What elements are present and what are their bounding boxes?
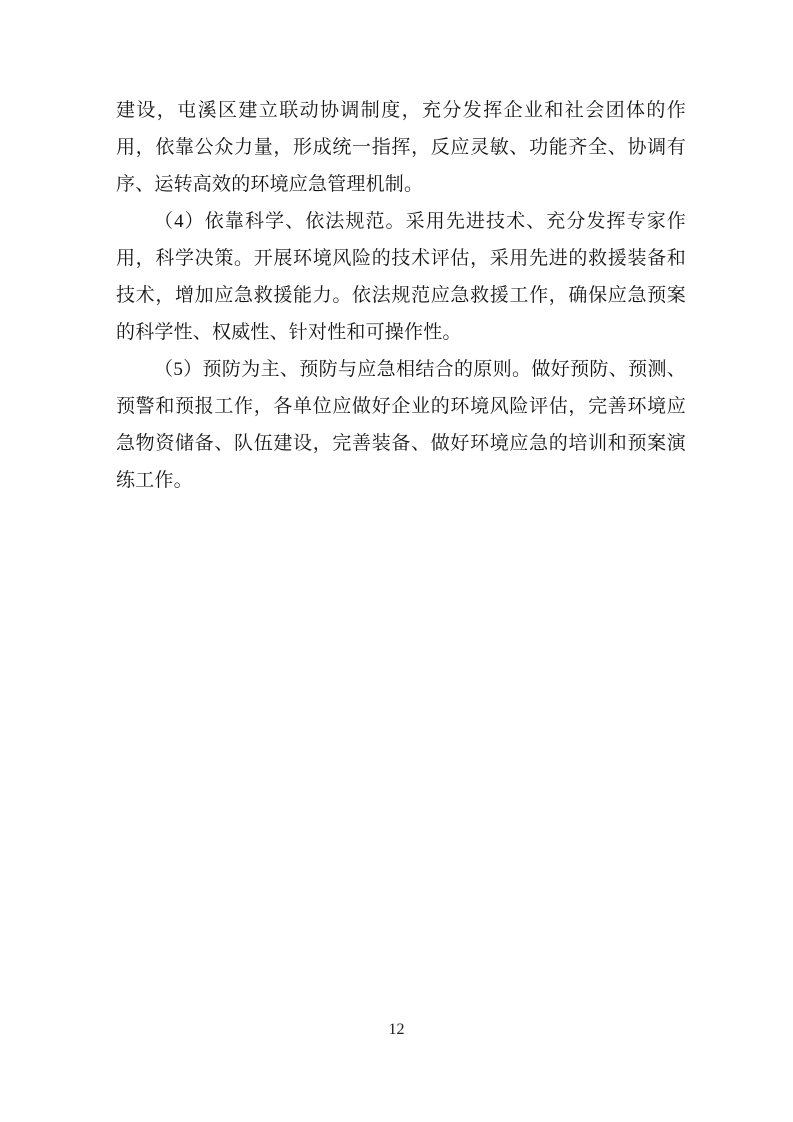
paragraph-item-4: （4）依靠科学、依法规范。采用先进技术、充分发挥专家作用，科学决策。开展环境风险… [116,203,686,351]
text-block: 建设，屯溪区建立联动协调制度，充分发挥企业和社会团体的作用，依靠公众力量，形成统… [116,92,686,499]
paragraph-item-5: （5）预防为主、预防与应急相结合的原则。做好预防、预测、预警和预报工作，各单位应… [116,351,686,499]
page-number: 12 [389,1021,405,1038]
page-footer: 12 [0,1020,793,1040]
paragraph-continuation: 建设，屯溪区建立联动协调制度，充分发挥企业和社会团体的作用，依靠公众力量，形成统… [116,92,686,203]
document-page: 建设，屯溪区建立联动协调制度，充分发挥企业和社会团体的作用，依靠公众力量，形成统… [0,0,793,1122]
